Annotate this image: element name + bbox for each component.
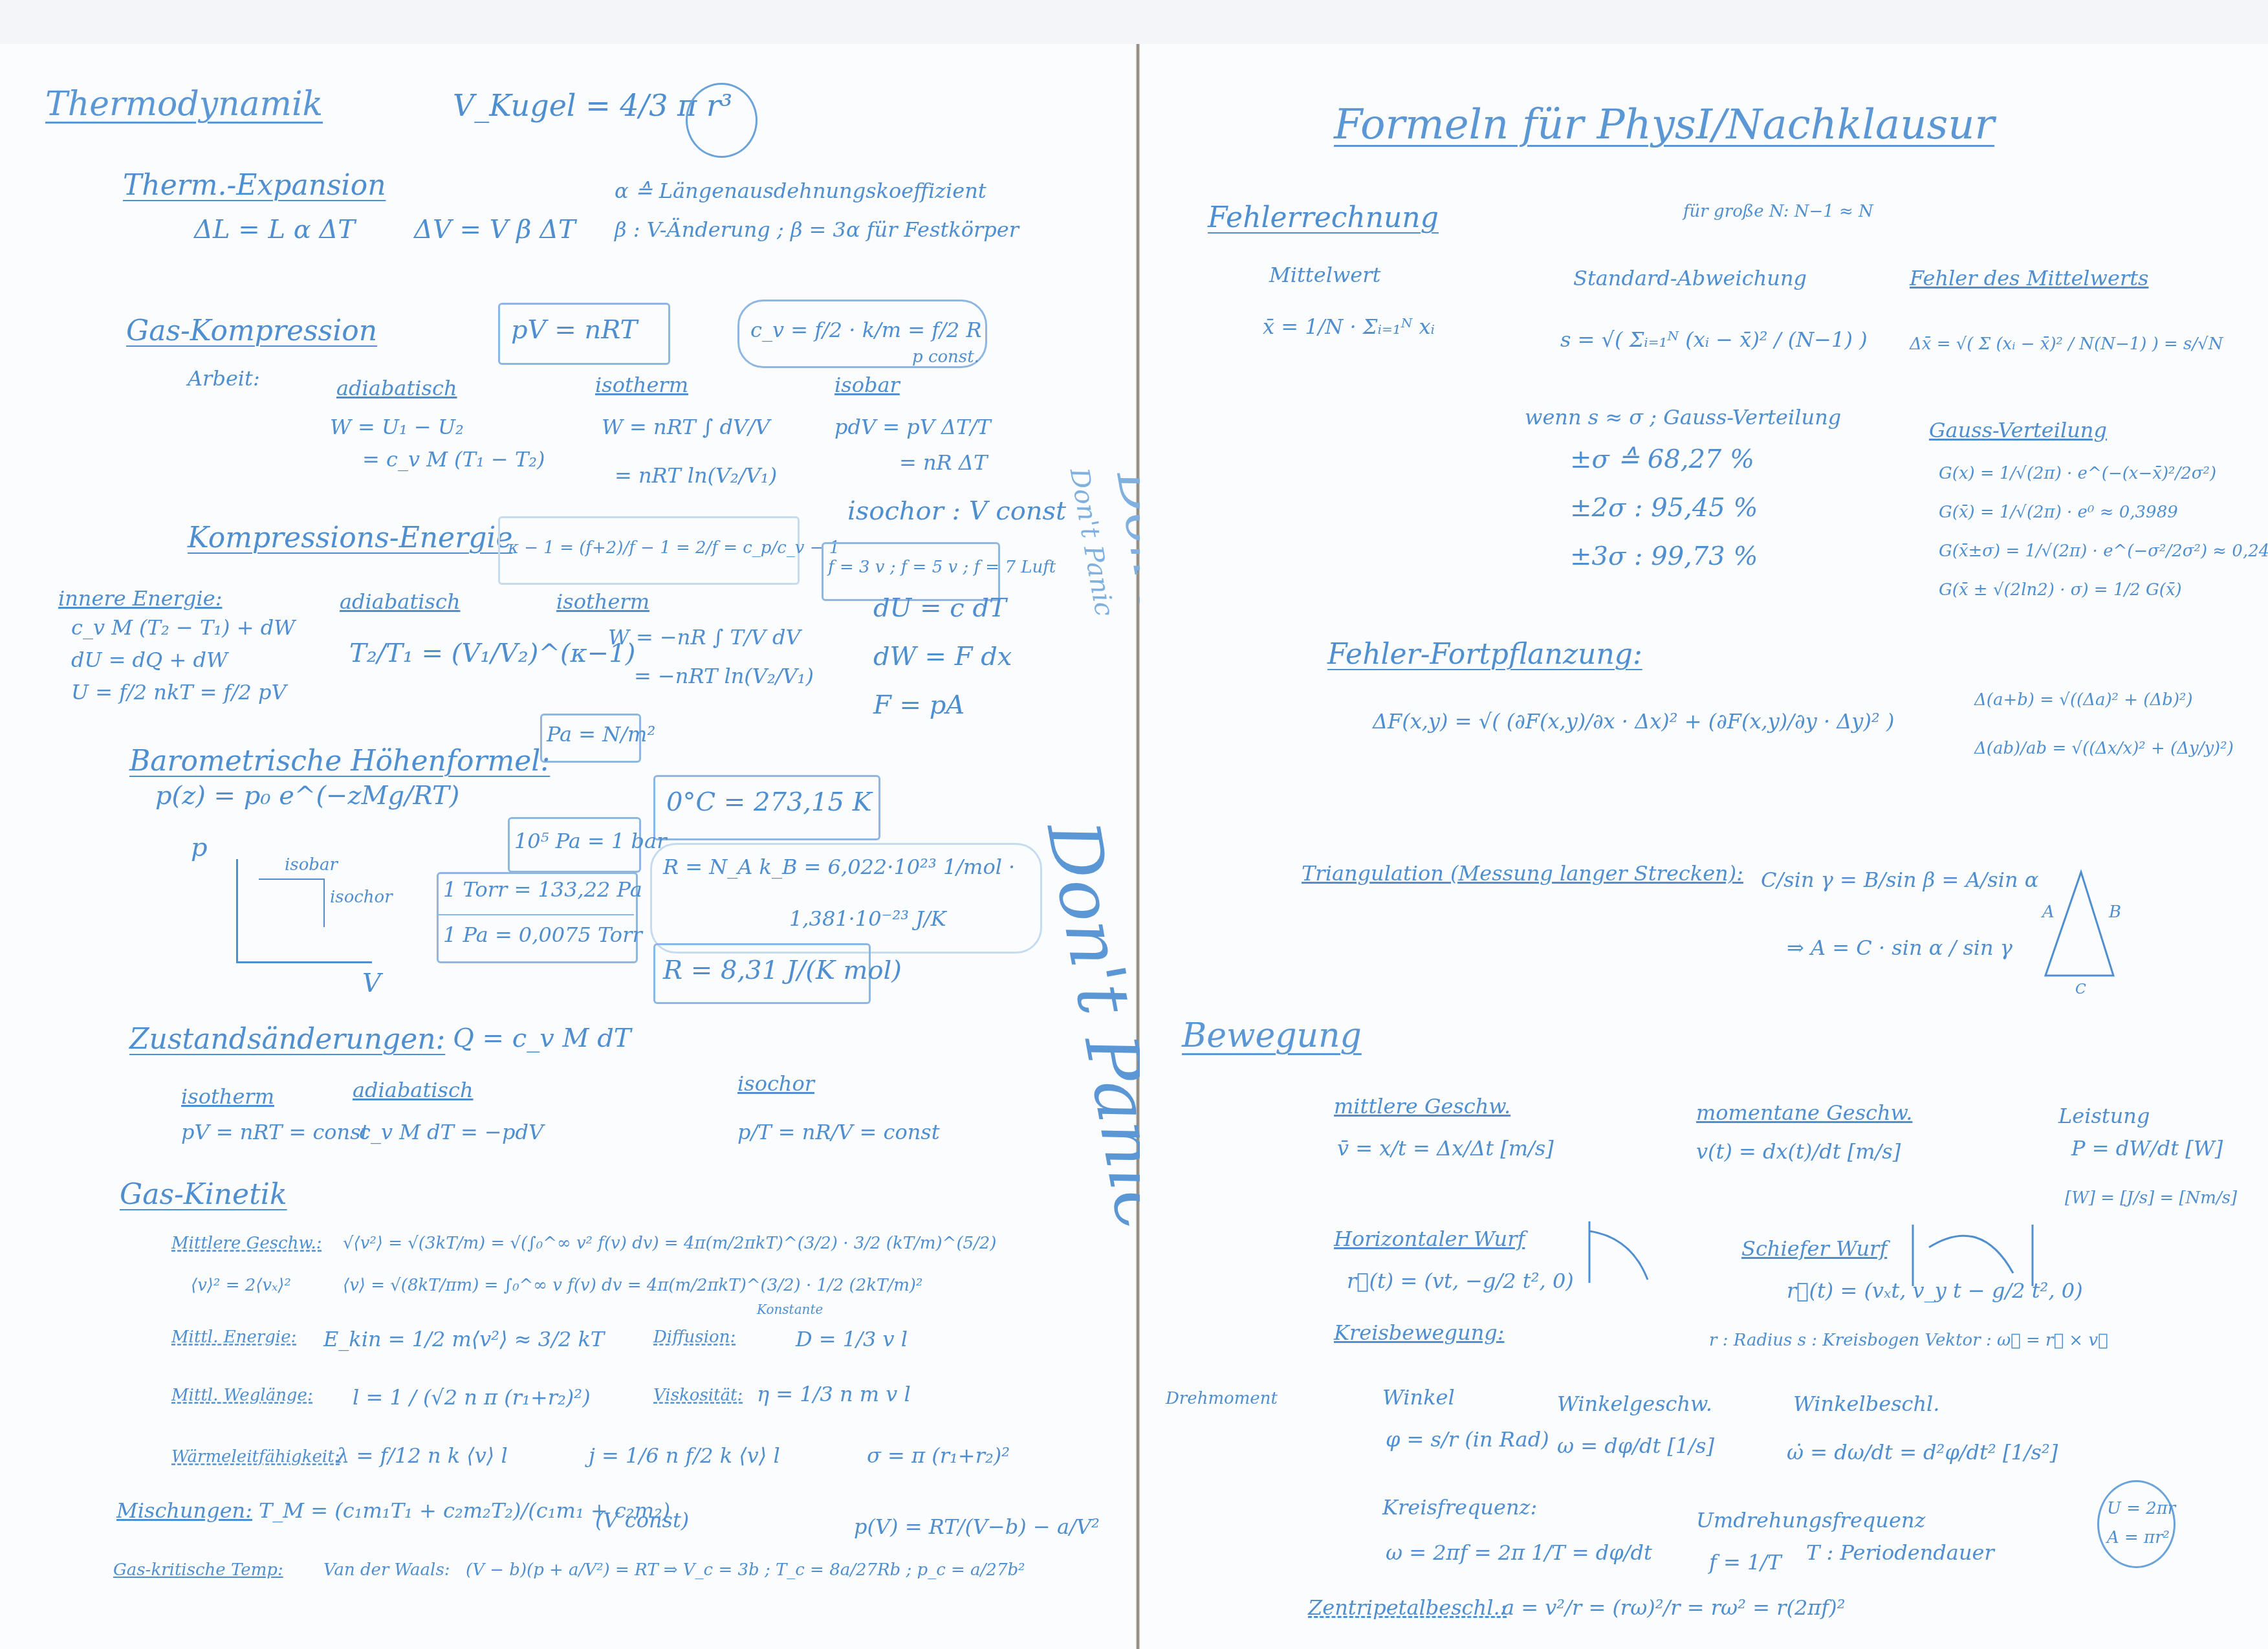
adiabatic-work-2: = c_v M (T₁ − T₂) [362,448,545,471]
torr-box-divider [437,914,634,915]
degrees-of-freedom: f = 3 v ; f = 5 v ; f = 7 Luft [828,558,1056,577]
angular-velocity-eq: ω = dφ/dt [1/s] [1557,1435,1714,1458]
barometric-formula: p(z) = p₀ e^(−zMg/RT) [155,781,459,810]
heading-bewegung: Bewegung [1182,1018,1362,1054]
zustand-adiabatic-eq: c_v M dT = −pdV [359,1121,543,1144]
formula-cv: c_v = f/2 · k/m = f/2 R [750,319,982,342]
pv-label-isochor: isochor [330,888,393,907]
heading-error-propagation: Fehler-Fortpflanzung: [1327,639,1642,670]
period-note: T : Periodendauer [1806,1542,1994,1564]
pv-axis-p: p [191,833,208,862]
isotherm-energy-1: W = −nR ∫ T/V dV [608,626,801,649]
label-isotherm: isotherm [595,374,688,397]
zustand-isotherm-label: isotherm [181,1086,274,1108]
mean-energy-eq: E_kin = 1/2 m⟨v²⟩ ≈ 3/2 kT [323,1328,604,1351]
formula-F: F = pA [873,691,965,719]
heading-kompression-energie: Kompressions-Energie [188,523,512,554]
mixture-note: (V const) [595,1509,689,1532]
heading-gas-compression: Gas-Kompression [126,316,377,347]
sigma-3-range: ±3σ : 99,73 % [1570,542,1758,571]
pa-to-torr: 1 Pa = 0,0075 Torr [443,924,642,946]
scanner-background [0,0,2268,44]
isobar-work-2: = nR ΔT [899,452,987,474]
heat-formula: Q = c_v M dT [453,1024,631,1053]
circumference-eq: U = 2πr [2107,1500,2175,1518]
isotherm-work-1: W = nRT ∫ dV/V [602,416,770,439]
heading-gauss-distribution: Gauss-Verteilung [1929,419,2107,442]
label-standard-deviation: Standard-Abweichung [1573,267,1807,290]
formula-ideal-gas: pV = nRT [511,316,637,344]
label-mittelwert: Mittelwert [1269,264,1380,287]
label-isotherm-2: isotherm [556,591,649,613]
note-alpha: α ≙ Längenausdehnungskoeffizient [615,180,987,202]
isobar-work-1: pdV = pV ΔT/T [834,416,991,439]
label-oblique-throw: Schiefer Wurf [1741,1238,1887,1260]
right-page: Formeln für PhysI/Nachklausur Fehlerrech… [1140,44,2268,1649]
sphere-sketch-icon [686,83,758,158]
label-angular-velocity: Winkelgeschw. [1557,1393,1712,1415]
centripetal-eq: a = v²/r = (rω)²/r = rω² = r(2πf)² [1502,1597,1846,1619]
boltzmann-constant: 1,381·10⁻²³ J/K [789,908,946,930]
pv-x-axis [236,961,372,963]
bar-definition: 10⁵ Pa = 1 bar [514,830,666,853]
zustand-adiabatic-label: adiabatisch [353,1079,473,1102]
gauss-eq-3: G(x̄±σ) = 1/√(2π) · e^(−σ²/2σ²) ≈ 0,2419… [1939,542,2268,561]
label-van-der-waals: Van der Waals: [323,1561,450,1580]
heading-zustandsaenderungen: Zustandsänderungen: [129,1024,445,1055]
pv-label-isobar: isobar [285,856,338,875]
label-mixtures: Mischungen: [116,1500,252,1522]
power-unit: [W] = [J/s] = [Nm/s] [2065,1189,2237,1208]
label-adiabatic-2: adiabatisch [340,591,460,613]
torr-definition: 1 Torr = 133,22 Pa [443,879,642,901]
rotation-frequency-eq: f = 1/T [1709,1551,1781,1574]
svg-text:A: A [2041,902,2055,922]
angle-eq: φ = s/r (in Rad) [1386,1428,1549,1451]
van-der-waals-eq: (V − b)(p + a/V²) = RT ⇒ V_c = 3b ; T_c … [466,1561,1025,1580]
diffusion-eq: D = 1/3 v l [796,1328,908,1351]
label-viscosity: Viskosität: [653,1386,743,1405]
gauss-eq-2: G(x̄) = 1/√(2π) · e⁰ ≈ 0,3989 [1939,503,2178,522]
circular-motion-note: r : Radius s : Kreisbogen Vektor : ω⃗ = … [1709,1331,2108,1350]
gas-constant-definition: R = N_A k_B = 6,022·10²³ 1/mol · [663,856,1015,879]
pv-axis-v: V [362,969,381,998]
label-torque: Drehmoment [1166,1390,1278,1408]
error-sum-eq: Δ(a+b) = √((Δa)² + (Δb)²) [1974,691,2193,710]
circle-area-eq: A = πr² [2107,1529,2170,1547]
label-angular-acceleration: Winkelbeschl. [1793,1393,1940,1415]
error-product-eq: Δ(ab)/ab = √((Δx/x)² + (Δy/y)²) [1974,739,2234,758]
formula-dU: dU = c dT [873,594,1007,622]
triangle-diagram-icon: A B C [2033,866,2130,995]
pascal-definition: Pa = N/m² [547,723,655,746]
heading-barometric: Barometrische Höhenformel: [129,746,550,777]
error-of-mean-eq: Δx̄ = √( Σ (xᵢ − x̄)² / N(N−1) ) = s/√N [1910,335,2223,354]
innere-energie-1: c_v M (T₂ − T₁) + dW [71,617,295,639]
isobar-note: p const. [912,348,979,367]
label-mean-energy: Mittl. Energie: [171,1328,296,1347]
label-arbeit: Arbeit: [188,367,260,390]
cross-section-eq: σ = π (r₁+r₂)² [867,1445,1010,1467]
gas-constant-value: R = 8,31 J/(K mol) [663,956,902,985]
formula-kappa: κ − 1 = (f+2)/f − 1 = 2/f = c_p/c_v − 1 [508,539,840,558]
gauss-eq-1: G(x) = 1/√(2π) · e^(−(x−x̄)²/2σ²) [1939,464,2216,483]
isochor-heading: isochor : V const [847,497,1066,525]
vdw-pressure: p(V) = RT/(V−b) − a/V² [854,1516,1100,1538]
label-error-of-mean: Fehler des Mittelwerts [1910,267,2148,290]
note-beta: β : V-Änderung ; β = 3α für Festkörper [615,219,1019,241]
adiabatic-work-1: W = U₁ − U₂ [330,416,464,439]
power-eq: P = dW/dt [W] [2071,1137,2223,1160]
error-propagation-eq: ΔF(x,y) = √( (∂F(x,y)/∂x · Δx)² + (∂F(x,… [1373,710,1894,733]
page-title-formeln: Formeln für PhysI/Nachklausur [1334,102,1994,147]
label-kreisfrequenz: Kreisfrequenz: [1382,1496,1537,1519]
left-page: Thermodynamik V_Kugel = 4/3 π r³ Therm.-… [0,44,1136,1649]
formula-linear-expansion: ΔL = L α ΔT [194,215,355,244]
gauss-eq-4: G(x̄ ± √(2ln2) · σ) = 1/2 G(x̄) [1939,581,2182,600]
heading-fehlerrechnung: Fehlerrechnung [1208,202,1439,234]
innere-energie-3: U = f/2 nkT = f/2 pV [71,681,287,704]
heat-flux-eq: j = 1/6 n f/2 k ⟨v⟩ l [589,1445,780,1467]
label-power: Leistung [2058,1105,2150,1128]
circle-formulas-ring [2097,1480,2175,1568]
isotherm-energy-2: = −nRT ln(V₂/V₁) [634,665,814,688]
label-horizontal-throw: Horizontaler Wurf [1334,1228,1525,1250]
angular-acceleration-eq: ω̇ = dω/dt = d²φ/dt² [1/s²] [1787,1441,2058,1464]
kreisfrequenz-eq: ω = 2πf = 2π 1/T = dφ/dt [1386,1542,1652,1564]
page-title-thermodynamik: Thermodynamik [45,86,323,123]
label-isobar: isobar [834,374,900,397]
pv-y-axis [236,859,238,963]
heading-triangulation: Triangulation (Messung langer Strecken): [1302,862,1743,885]
label-mean-free-path: Mittl. Weglänge: [171,1386,313,1405]
label-rotation-frequency: Umdrehungsfrequenz [1696,1509,1925,1532]
zustand-isochor-eq: p/T = nR/V = const [737,1121,940,1144]
viscosity-eq: η = 1/3 n m v l [757,1383,911,1406]
label-diffusion: Diffusion: [653,1328,736,1347]
label-rms-speed: Mittlere Geschw.: [171,1234,322,1253]
label-angle: Winkel [1382,1386,1455,1409]
formula-dW: dW = F dx [873,642,1012,671]
adiabatic-temperature: T₂/T₁ = (V₁/V₂)^(κ−1) [349,639,635,668]
zustand-isotherm-eq: pV = nRT = const [181,1121,369,1144]
mean-free-path-eq: l = 1 / (√2 n π (r₁+r₂)²) [353,1386,591,1409]
oblique-throw-sketch-icon [1910,1221,2039,1293]
diffusion-note: Konstante [757,1302,823,1316]
heading-gas-kinetik: Gas-Kinetik [120,1179,287,1210]
mittelwert-eq: x̄ = 1/N · Σᵢ₌₁ᴺ xᵢ [1263,316,1435,338]
sine-law-eq: C/sin γ = B/sin β = A/sin α [1761,869,2038,891]
label-innere-energie: innere Energie: [58,587,222,610]
large-n-note: für große N: N−1 ≈ N [1683,202,1873,221]
formula-volume-expansion: ΔV = V β ΔT [414,215,576,244]
isotherm-work-2: = nRT ln(V₂/V₁) [615,464,777,487]
label-centripetal: Zentripetalbeschl.: [1308,1597,1507,1619]
pv-isochor-line [323,879,325,927]
zero-celsius: 0°C = 273,15 K [666,788,872,816]
zustand-isochor-label: isochor [737,1073,814,1095]
label-critical-temp: Gas-kritische Temp: [113,1561,283,1580]
innere-energie-2: dU = dQ + dW [71,649,228,672]
sigma-2-range: ±2σ : 95,45 % [1570,494,1758,522]
mean-speed-relation: ⟨v⟩² = 2⟨vₓ⟩² [191,1276,291,1295]
instant-velocity-eq: v(t) = dx(t)/dt [m/s] [1696,1141,1901,1163]
label-circular-motion: Kreisbewegung: [1334,1322,1505,1344]
label-heat-conductivity: Wärmeleitfähigkeit: [171,1448,340,1467]
svg-text:C: C [2075,981,2086,995]
mean-velocity-eq: v̄ = x/t = Δx/Δt [m/s] [1337,1137,1554,1160]
gauss-condition-note: wenn s ≈ σ ; Gauss-Verteilung [1525,406,1841,429]
label-instant-velocity: momentane Geschw. [1696,1102,1912,1124]
sigma-1-range: ±σ ≙ 68,27 % [1570,445,1754,474]
label-mean-velocity: mittlere Geschw. [1334,1095,1510,1118]
rms-speed-eq: √⟨v²⟩ = √(3kT/m) = √(∫₀^∞ v² f(v) dv) = … [343,1234,997,1253]
triangulation-result: ⇒ A = C · sin α / sin γ [1787,937,2012,959]
heading-therm-expansion: Therm.-Expansion [123,170,386,201]
heat-conductivity-eq: λ = f/12 n k ⟨v⟩ l [336,1445,508,1467]
horizontal-throw-sketch-icon [1586,1218,1664,1289]
svg-text:B: B [2108,902,2121,922]
mean-speed-eq: ⟨v⟩ = √(8kT/πm) = ∫₀^∞ v f(v) dv = 4π(m/… [343,1276,922,1295]
horizontal-throw-eq: r⃗(t) = (vt, −g/2 t², 0) [1347,1270,1574,1293]
standard-deviation-eq: s = √( Σᵢ₌₁ᴺ (xᵢ − x̄)² / (N−1) ) [1560,329,1868,351]
pv-isobar-line [259,879,323,880]
label-adiabatic: adiabatisch [336,377,457,400]
